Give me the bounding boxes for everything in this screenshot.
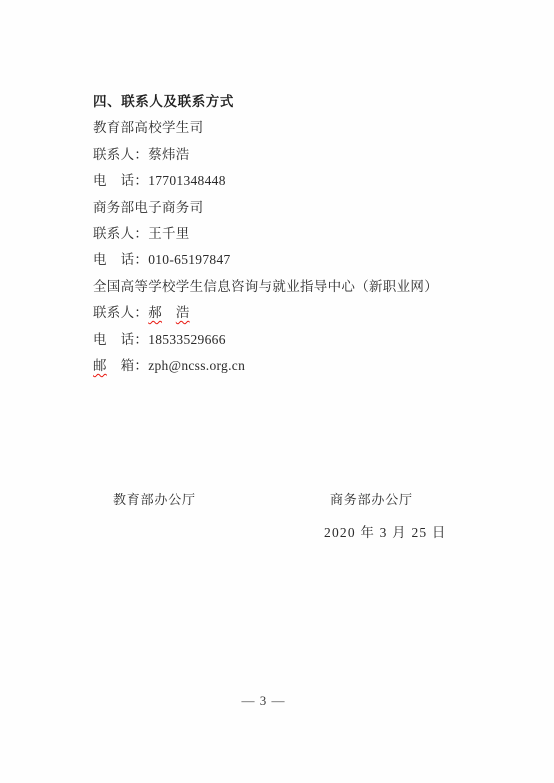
line-mofcom-phone: 电 话：010-65197847 xyxy=(93,247,438,273)
spellchecked-text: 邮 xyxy=(93,358,107,373)
text-segment: 教育部高校学生司 xyxy=(93,120,203,135)
line-mofcom-contact: 联系人：王千里 xyxy=(93,221,438,247)
text-segment: 电 话：010-65197847 xyxy=(93,252,231,267)
line-mofcom-dept: 商务部电子商务司 xyxy=(93,195,438,221)
line-ncss-dept: 全国高等学校学生信息咨询与就业指导中心（新职业网） xyxy=(93,274,438,300)
line-ncss-email: 邮 箱：zph@ncss.org.cn xyxy=(93,353,438,379)
spellchecked-text: 郝 xyxy=(148,305,162,320)
line-moe-contact: 联系人：蔡炜浩 xyxy=(93,142,438,168)
text-segment: 电 话：17701348448 xyxy=(93,173,226,188)
section-heading: 四、联系人及联系方式 xyxy=(93,89,438,115)
text-segment: 联系人：王千里 xyxy=(93,226,190,241)
line-moe-dept: 教育部高校学生司 xyxy=(93,115,438,141)
signature-mofcom-office: 商务部办公厅 xyxy=(330,491,413,509)
spellchecked-text: 浩 xyxy=(176,305,190,320)
text-segment: 全国高等学校学生信息咨询与就业指导中心（新职业网） xyxy=(93,279,438,294)
text-segment: 商务部电子商务司 xyxy=(93,200,203,215)
line-ncss-contact: 联系人：郝 浩 xyxy=(93,300,438,326)
signature-moe-office: 教育部办公厅 xyxy=(113,491,196,509)
contact-section: 四、联系人及联系方式 教育部高校学生司 联系人：蔡炜浩 电 话：17701348… xyxy=(93,89,438,379)
document-page: 四、联系人及联系方式 教育部高校学生司 联系人：蔡炜浩 电 话：17701348… xyxy=(0,0,554,783)
text-segment: 联系人： xyxy=(93,305,148,320)
text-segment: 联系人：蔡炜浩 xyxy=(93,147,190,162)
page-number: — 3 — xyxy=(0,693,527,709)
document-date: 2020 年 3 月 25 日 xyxy=(324,524,447,542)
text-segment xyxy=(162,305,176,320)
text-segment: 箱：zph@ncss.org.cn xyxy=(107,358,245,373)
text-segment: 电 话：18533529666 xyxy=(93,332,226,347)
line-ncss-phone: 电 话：18533529666 xyxy=(93,327,438,353)
line-moe-phone: 电 话：17701348448 xyxy=(93,168,438,194)
